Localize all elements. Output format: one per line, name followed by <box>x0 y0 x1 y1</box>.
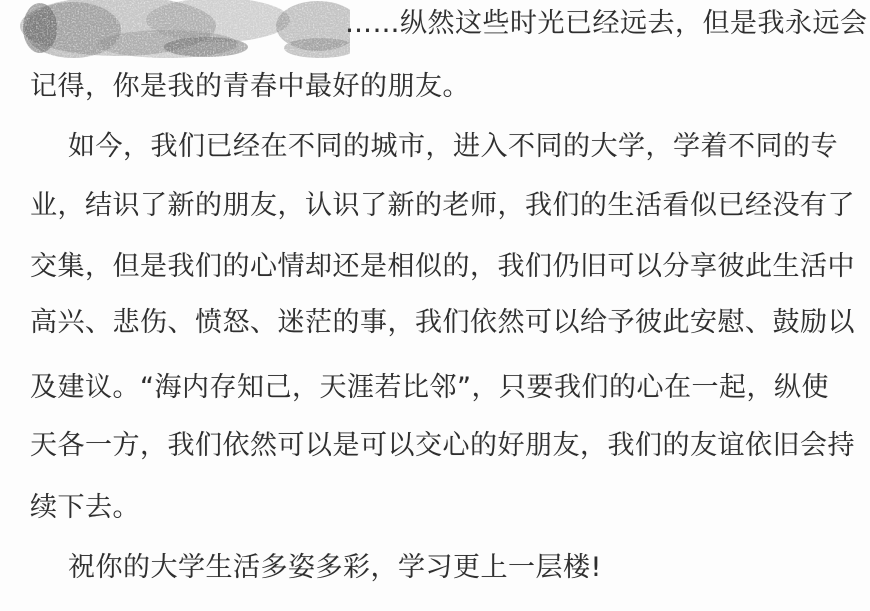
letter-line: 业，结识了新的朋友，认识了新的老师，我们的生活看似已经没有了 <box>30 186 855 226</box>
letter-line: 如今，我们已经在不同的城市，进入不同的大学，学着不同的专 <box>68 127 838 167</box>
letter-body: ……纵然这些时光已经远去，但是我永远会记得，你是我的青春中最好的朋友。如今，我们… <box>0 0 870 611</box>
letter-line: 续下去。 <box>30 488 140 528</box>
letter-line: 记得，你是我的青春中最好的朋友。 <box>30 67 470 107</box>
letter-line: 祝你的大学生活多姿多彩，学习更上一层楼! <box>68 548 602 588</box>
letter-line: ……纵然这些时光已经远去，但是我永远会 <box>345 4 868 44</box>
letter-line: 天各一方，我们依然可以是可以交心的好朋友，我们的友谊依旧会持 <box>30 426 855 466</box>
letter-line: 高兴、悲伤、愤怒、迷茫的事，我们依然可以给予彼此安慰、鼓励以 <box>30 303 855 343</box>
letter-line: 及建议。“海内存知己，天涯若比邻”，只要我们的心在一起，纵使 <box>30 368 829 408</box>
letter-line: 交集，但是我们的心情却还是相似的，我们仍旧可以分享彼此生活中 <box>30 247 855 287</box>
letter-page: ……纵然这些时光已经远去，但是我永远会记得，你是我的青春中最好的朋友。如今，我们… <box>0 0 870 611</box>
